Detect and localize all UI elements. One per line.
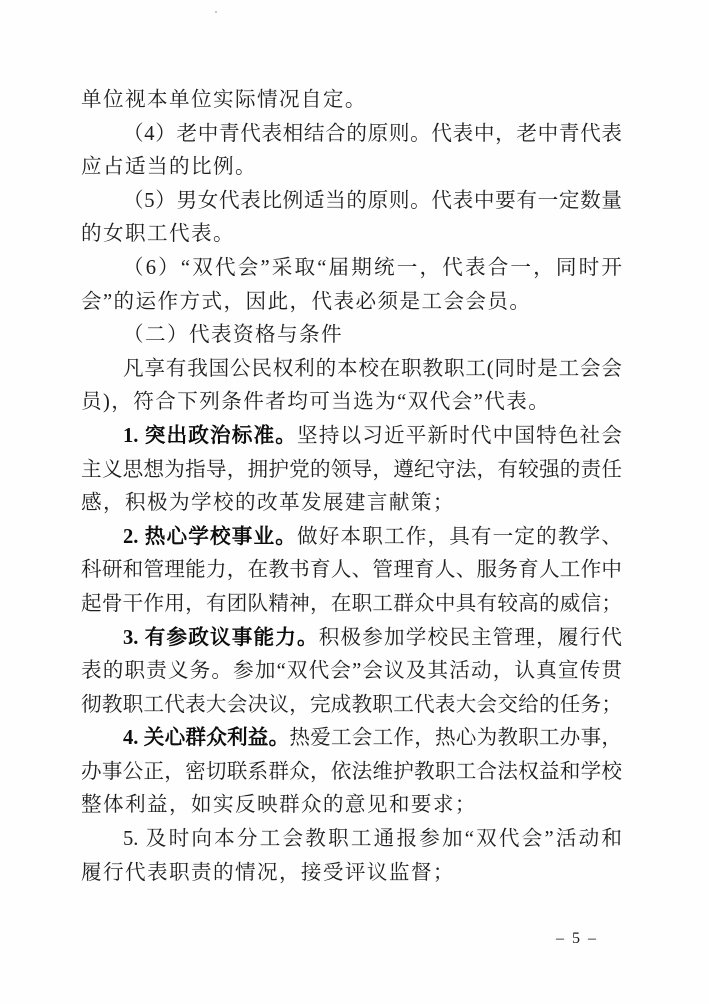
document-page: 单位视本单位实际情况自定。（4）老中青代表相结合的原则。代表中，老中青代表应占适… — [0, 0, 709, 1004]
body-text: 起骨干作用，有团队精神，在职工群众中具有较高的威信； — [81, 593, 622, 615]
text-line: 员)，符合下列条件者均可当选为“双代会”代表。 — [81, 386, 622, 420]
body-text: 5. 及时向本分工会教职工通报参加“双代会”活动和 — [123, 828, 622, 850]
body-text: 主义思想为指导，拥护党的领导，遵纪守法，有较强的责任 — [81, 459, 622, 481]
body-text: （5）男女代表比例适当的原则。代表中要有一定数量 — [123, 190, 622, 212]
text-line: 起骨干作用，有团队精神，在职工群众中具有较高的威信； — [81, 588, 622, 622]
heading-run-in-text: 4. 关心群众利益。 — [123, 727, 289, 749]
body-text: （6）“双代会”采取“届期统一，代表合一，同时开 — [123, 257, 622, 279]
text-line: 4. 关心群众利益。热爱工会工作，热心为教职工办事， — [81, 722, 622, 756]
body-text: 感，积极为学校的改革发展建言献策； — [81, 492, 455, 514]
page-number: – 5 – — [556, 930, 626, 948]
body-text: 坚持以习近平新时代中国特色社会 — [297, 425, 622, 447]
text-line: 2. 热心学校事业。做好本职工作，具有一定的教学、 — [81, 521, 622, 555]
body-text: 表的职责义务。参加“双代会”会议及其活动，认真宣传贯 — [81, 660, 622, 682]
text-line: （4）老中青代表相结合的原则。代表中，老中青代表 — [81, 118, 622, 152]
text-line: （二）代表资格与条件 — [81, 319, 622, 353]
body-text: 彻教职工代表大会决议，完成教职工代表大会交给的任务； — [81, 694, 622, 716]
body-text: 积极参加学校民主管理，履行代 — [319, 627, 622, 649]
text-line: 凡享有我国公民权利的本校在职教职工(同时是工会会 — [81, 353, 622, 387]
body-text: 整体利益，如实反映群众的意见和要求； — [81, 794, 477, 816]
text-line: （6）“双代会”采取“届期统一，代表合一，同时开 — [81, 252, 622, 286]
text-line: 3. 有参政议事能力。积极参加学校民主管理，履行代 — [81, 622, 622, 656]
body-text: 凡享有我国公民权利的本校在职教职工(同时是工会会 — [123, 358, 622, 380]
text-line: 应占适当的比例。 — [81, 151, 622, 185]
text-line: 感，积极为学校的改革发展建言献策； — [81, 487, 622, 521]
text-line: 履行代表职责的情况，接受评议监督； — [81, 857, 622, 891]
text-line: 办事公正，密切联系群众，依法维护教职工合法权益和学校 — [81, 756, 622, 790]
heading-run-in-text: 3. 有参政议事能力。 — [123, 627, 319, 649]
document-text-block: 单位视本单位实际情况自定。（4）老中青代表相结合的原则。代表中，老中青代表应占适… — [81, 84, 622, 890]
body-text: 办事公正，密切联系群众，依法维护教职工合法权益和学校 — [81, 761, 622, 783]
text-line: 表的职责义务。参加“双代会”会议及其活动，认真宣传贯 — [81, 655, 622, 689]
body-text: 单位视本单位实际情况自定。 — [81, 89, 367, 111]
text-line: 单位视本单位实际情况自定。 — [81, 84, 622, 118]
text-line: 会”的运作方式，因此，代表必须是工会会员。 — [81, 286, 622, 320]
body-text: 做好本职工作，具有一定的教学、 — [297, 526, 622, 548]
body-text: 科研和管理能力，在教书育人、管理育人、服务育人工作中 — [81, 559, 622, 581]
body-text: 会”的运作方式，因此，代表必须是工会会员。 — [81, 291, 531, 313]
text-line: （5）男女代表比例适当的原则。代表中要有一定数量 — [81, 185, 622, 219]
body-text: 的女职工代表。 — [81, 223, 235, 245]
body-text: 员)，符合下列条件者均可当选为“双代会”代表。 — [81, 391, 550, 413]
heading-run-in-text: 1. 突出政治标准。 — [123, 425, 297, 447]
text-line: 科研和管理能力，在教书育人、管理育人、服务育人工作中 — [81, 554, 622, 588]
scan-speck — [215, 11, 217, 13]
text-line: 主义思想为指导，拥护党的领导，遵纪守法，有较强的责任 — [81, 454, 622, 488]
body-text: （4）老中青代表相结合的原则。代表中，老中青代表 — [123, 123, 622, 145]
text-line: 整体利益，如实反映群众的意见和要求； — [81, 789, 622, 823]
heading-run-in-text: 2. 热心学校事业。 — [123, 526, 297, 548]
text-line: 5. 及时向本分工会教职工通报参加“双代会”活动和 — [81, 823, 622, 857]
body-text: 应占适当的比例。 — [81, 156, 257, 178]
text-line: 的女职工代表。 — [81, 218, 622, 252]
body-text: （二）代表资格与条件 — [123, 324, 343, 346]
text-line: 彻教职工代表大会决议，完成教职工代表大会交给的任务； — [81, 689, 622, 723]
body-text: 热爱工会工作，热心为教职工办事， — [289, 727, 622, 749]
text-line: 1. 突出政治标准。坚持以习近平新时代中国特色社会 — [81, 420, 622, 454]
body-text: 履行代表职责的情况，接受评议监督； — [81, 862, 455, 884]
